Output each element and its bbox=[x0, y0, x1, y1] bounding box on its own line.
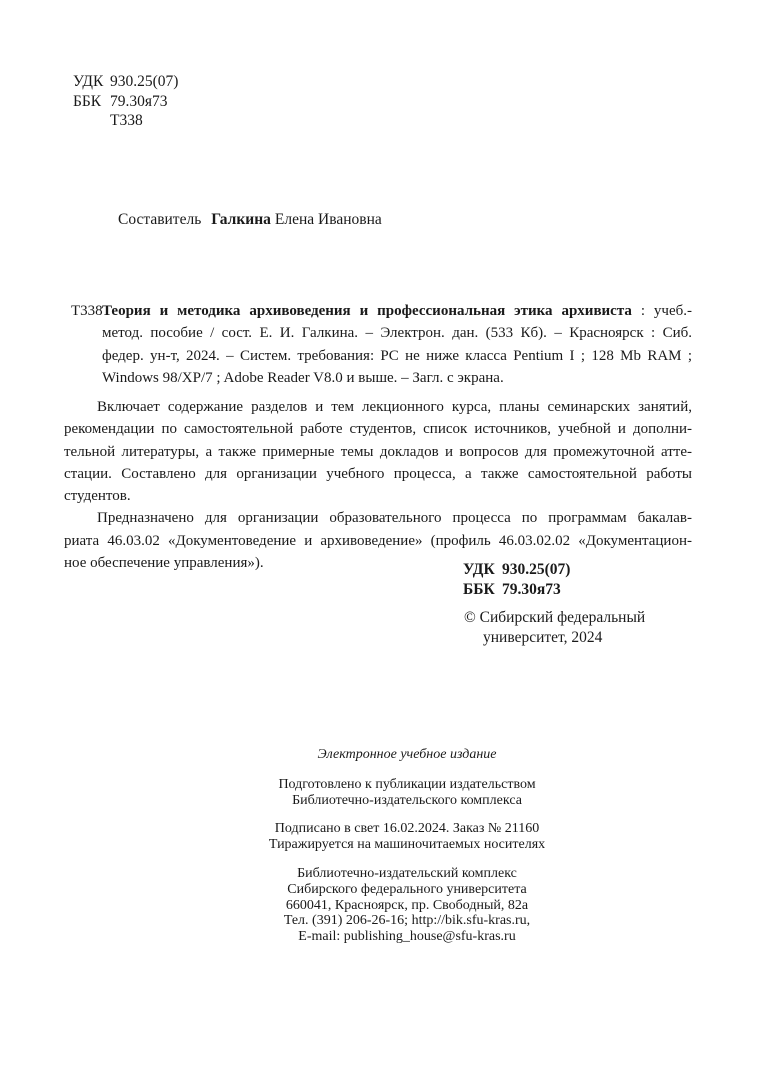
bbk-label: ББК bbox=[73, 92, 110, 112]
copyright-notice: © Сибирский федеральный университет, 202… bbox=[464, 608, 645, 648]
publisher-address-line: Библиотечно-издательский комплекс bbox=[50, 866, 764, 882]
annotation-line: ное обеспечение управления»). bbox=[64, 552, 692, 574]
annotation: Включает содержание разделов и тем лекци… bbox=[64, 396, 692, 574]
annotation-line: стации. Составлено для организации учебн… bbox=[64, 463, 692, 485]
bbk-value: 79.30я73 bbox=[110, 93, 168, 110]
annotation-line: Предназначено для организации образовате… bbox=[64, 507, 692, 529]
publisher-address-line: 660041, Красноярск, пр. Свободный, 82а bbox=[50, 898, 764, 914]
biblio-title-rest: : учеб.- bbox=[632, 303, 692, 319]
annotation-line: риата 46.03.02 «Документоведение и архив… bbox=[64, 530, 692, 552]
annotation-line: студентов. bbox=[64, 485, 692, 507]
imprint-prepared-line: Подготовлено к публикации издательством bbox=[50, 777, 764, 793]
biblio-author-code: Т338 bbox=[71, 300, 103, 322]
imprint-signed-line: Тиражируется на машиночитаемых носителях bbox=[50, 837, 764, 853]
imprint-signed-line: Подписано в свет 16.02.2024. Заказ № 211… bbox=[50, 821, 764, 837]
bbk-right-label: ББК bbox=[463, 580, 502, 600]
annotation-paragraph-1: Включает содержание разделов и тем лекци… bbox=[64, 396, 692, 507]
bbk-right-row: ББК79.30я73 bbox=[463, 580, 570, 600]
biblio-line-2: метод. пособие / сост. Е. И. Галкина. – … bbox=[102, 322, 692, 344]
publisher-address-line: Тел. (391) 206-26-16; http://bik.sfu-kra… bbox=[50, 913, 764, 929]
publisher-address: Библиотечно-издательский комплекс Сибирс… bbox=[50, 866, 764, 945]
compiler-given-names: Елена Ивановна bbox=[275, 211, 382, 228]
bbk-right-value: 79.30я73 bbox=[502, 581, 561, 598]
udk-right-value: 930.25(07) bbox=[502, 561, 570, 578]
biblio-line-3: федер. ун-т, 2024. – Систем. требования:… bbox=[102, 345, 692, 367]
biblio-text: Теория и методика архивоведения и профес… bbox=[102, 300, 692, 390]
imprint-block: Электронное учебное издание Подготовлено… bbox=[50, 747, 764, 945]
biblio-line-4: Windows 98/XP/7 ; Adobe Reader V8.0 и вы… bbox=[102, 367, 692, 389]
compiler-label: Составитель bbox=[118, 211, 201, 228]
biblio-line-1: Теория и методика архивоведения и профес… bbox=[102, 300, 692, 322]
udk-row: УДК930.25(07) bbox=[73, 72, 178, 92]
bbk-row: ББК79.30я73 bbox=[73, 92, 178, 112]
publisher-address-line: Сибирского федерального университета bbox=[50, 882, 764, 898]
imprint-page: УДК930.25(07) ББК79.30я73 Т338 Составите… bbox=[0, 0, 764, 1080]
udk-right-row: УДК930.25(07) bbox=[463, 560, 570, 580]
right-classification-codes: УДК930.25(07) ББК79.30я73 bbox=[463, 560, 570, 599]
compiler-line: СоставительГалкинаЕлена Ивановна bbox=[118, 211, 382, 229]
bibliographic-entry: Т338 Теория и методика архивоведения и п… bbox=[71, 300, 692, 390]
author-code-row: Т338 bbox=[73, 111, 178, 131]
top-classification-codes: УДК930.25(07) ББК79.30я73 Т338 bbox=[73, 72, 178, 131]
compiler-surname: Галкина bbox=[211, 211, 271, 228]
book-title: Теория и методика архивоведения и профес… bbox=[102, 303, 632, 319]
udk-value: 930.25(07) bbox=[110, 73, 178, 90]
udk-right-label: УДК bbox=[463, 560, 502, 580]
copyright-line-2: университет, 2024 bbox=[464, 628, 645, 648]
imprint-signed: Подписано в свет 16.02.2024. Заказ № 211… bbox=[50, 821, 764, 853]
annotation-line: тельной литературы, а также примерные те… bbox=[64, 441, 692, 463]
edition-type: Электронное учебное издание bbox=[50, 747, 764, 763]
copyright-line-1: © Сибирский федеральный bbox=[464, 608, 645, 628]
publisher-address-line: E-mail: publishing_house@sfu-kras.ru bbox=[50, 929, 764, 945]
annotation-line: рекомендации по самостоятельной работе с… bbox=[64, 418, 692, 440]
annotation-line: Включает содержание разделов и тем лекци… bbox=[64, 396, 692, 418]
author-code: Т338 bbox=[110, 112, 143, 129]
imprint-prepared: Подготовлено к публикации издательством … bbox=[50, 777, 764, 809]
imprint-prepared-line: Библиотечно-издательского комплекса bbox=[50, 793, 764, 809]
udk-label: УДК bbox=[73, 72, 110, 92]
annotation-paragraph-2: Предназначено для организации образовате… bbox=[64, 507, 692, 574]
